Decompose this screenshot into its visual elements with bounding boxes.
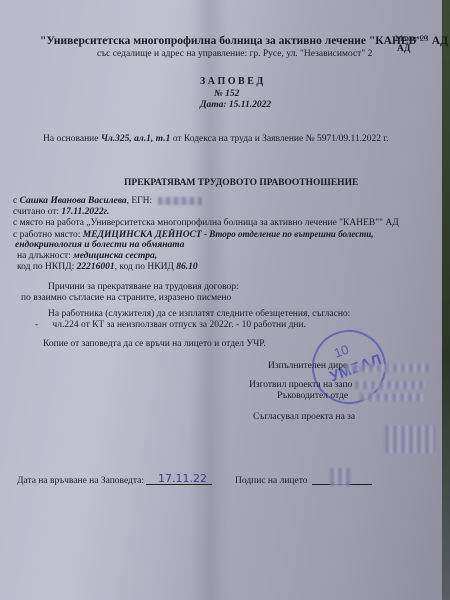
template-label: Макет 23 — [395, 33, 428, 44]
workplace-line: с място на работа „Университетска многоп… — [13, 218, 399, 229]
termination-heading: ПРЕКРАТЯВАМ ТРУДОВОТО ПРАВООТНОШЕНИЕ — [124, 178, 358, 189]
delivery-date-value: 17.11.22 — [158, 472, 207, 485]
employee-name: Сашка Иванова Василева — [20, 196, 127, 206]
order-title: З А П О В Е Д — [200, 76, 263, 87]
reasons-text: по взаимно съгласие на страните, изразен… — [21, 293, 231, 304]
legal-basis: На основание Чл.325, ал.1, т.1 от Кодекс… — [43, 134, 389, 145]
redacted-egn — [158, 197, 202, 205]
institution-suffix: АД — [397, 44, 410, 55]
executive-director-label: Изпълнителен дире — [268, 361, 347, 372]
background-edge — [442, 0, 450, 600]
copy-note: Копие от заповедта да се връчи на лицето… — [43, 339, 266, 350]
redacted-head-name — [360, 393, 425, 401]
role-line: на длъжност: медицинска сестра, — [17, 251, 157, 262]
effective-date-line: считано от: 17.11.2022г. — [13, 207, 109, 218]
order-date: Дата: 15.11.2022 — [200, 100, 271, 111]
codes-line: код по НКПД: 22216001, код по НКИД 86.10 — [17, 262, 198, 273]
prepared-by-label: Изготвил проекта на запо — [249, 380, 352, 391]
institution-address: със седалище и адрес на управление: гр. … — [97, 49, 372, 60]
signature-label: Подпис на лицето — [235, 476, 308, 487]
redacted-prepared-name — [355, 381, 425, 389]
institution-name: "Университетска многопрофилна болница за… — [40, 36, 448, 47]
compensation-label: На работника (служителя) да се изплатят … — [48, 309, 350, 320]
order-number: № 152 — [214, 89, 239, 100]
compensation-item: - чл.224 от КТ за неизползван отпуск за … — [35, 320, 306, 331]
employee-name-line: с Сашка Иванова Василева, ЕГН: — [13, 196, 152, 207]
agreed-by-label: Съгласувал проекта на за — [253, 412, 355, 423]
redacted-agreed-block — [385, 425, 435, 453]
redacted-executive-name — [345, 364, 430, 372]
delivery-date-label: Дата на връчване на Заповедта: — [17, 476, 144, 487]
department-head-label: Ръководител отде — [277, 391, 348, 402]
redacted-signature — [330, 468, 350, 486]
reasons-label: Причини за прекратяване на трудовия дого… — [48, 282, 239, 293]
position-line-2: ендокринология и болести на обмяната — [15, 240, 184, 251]
